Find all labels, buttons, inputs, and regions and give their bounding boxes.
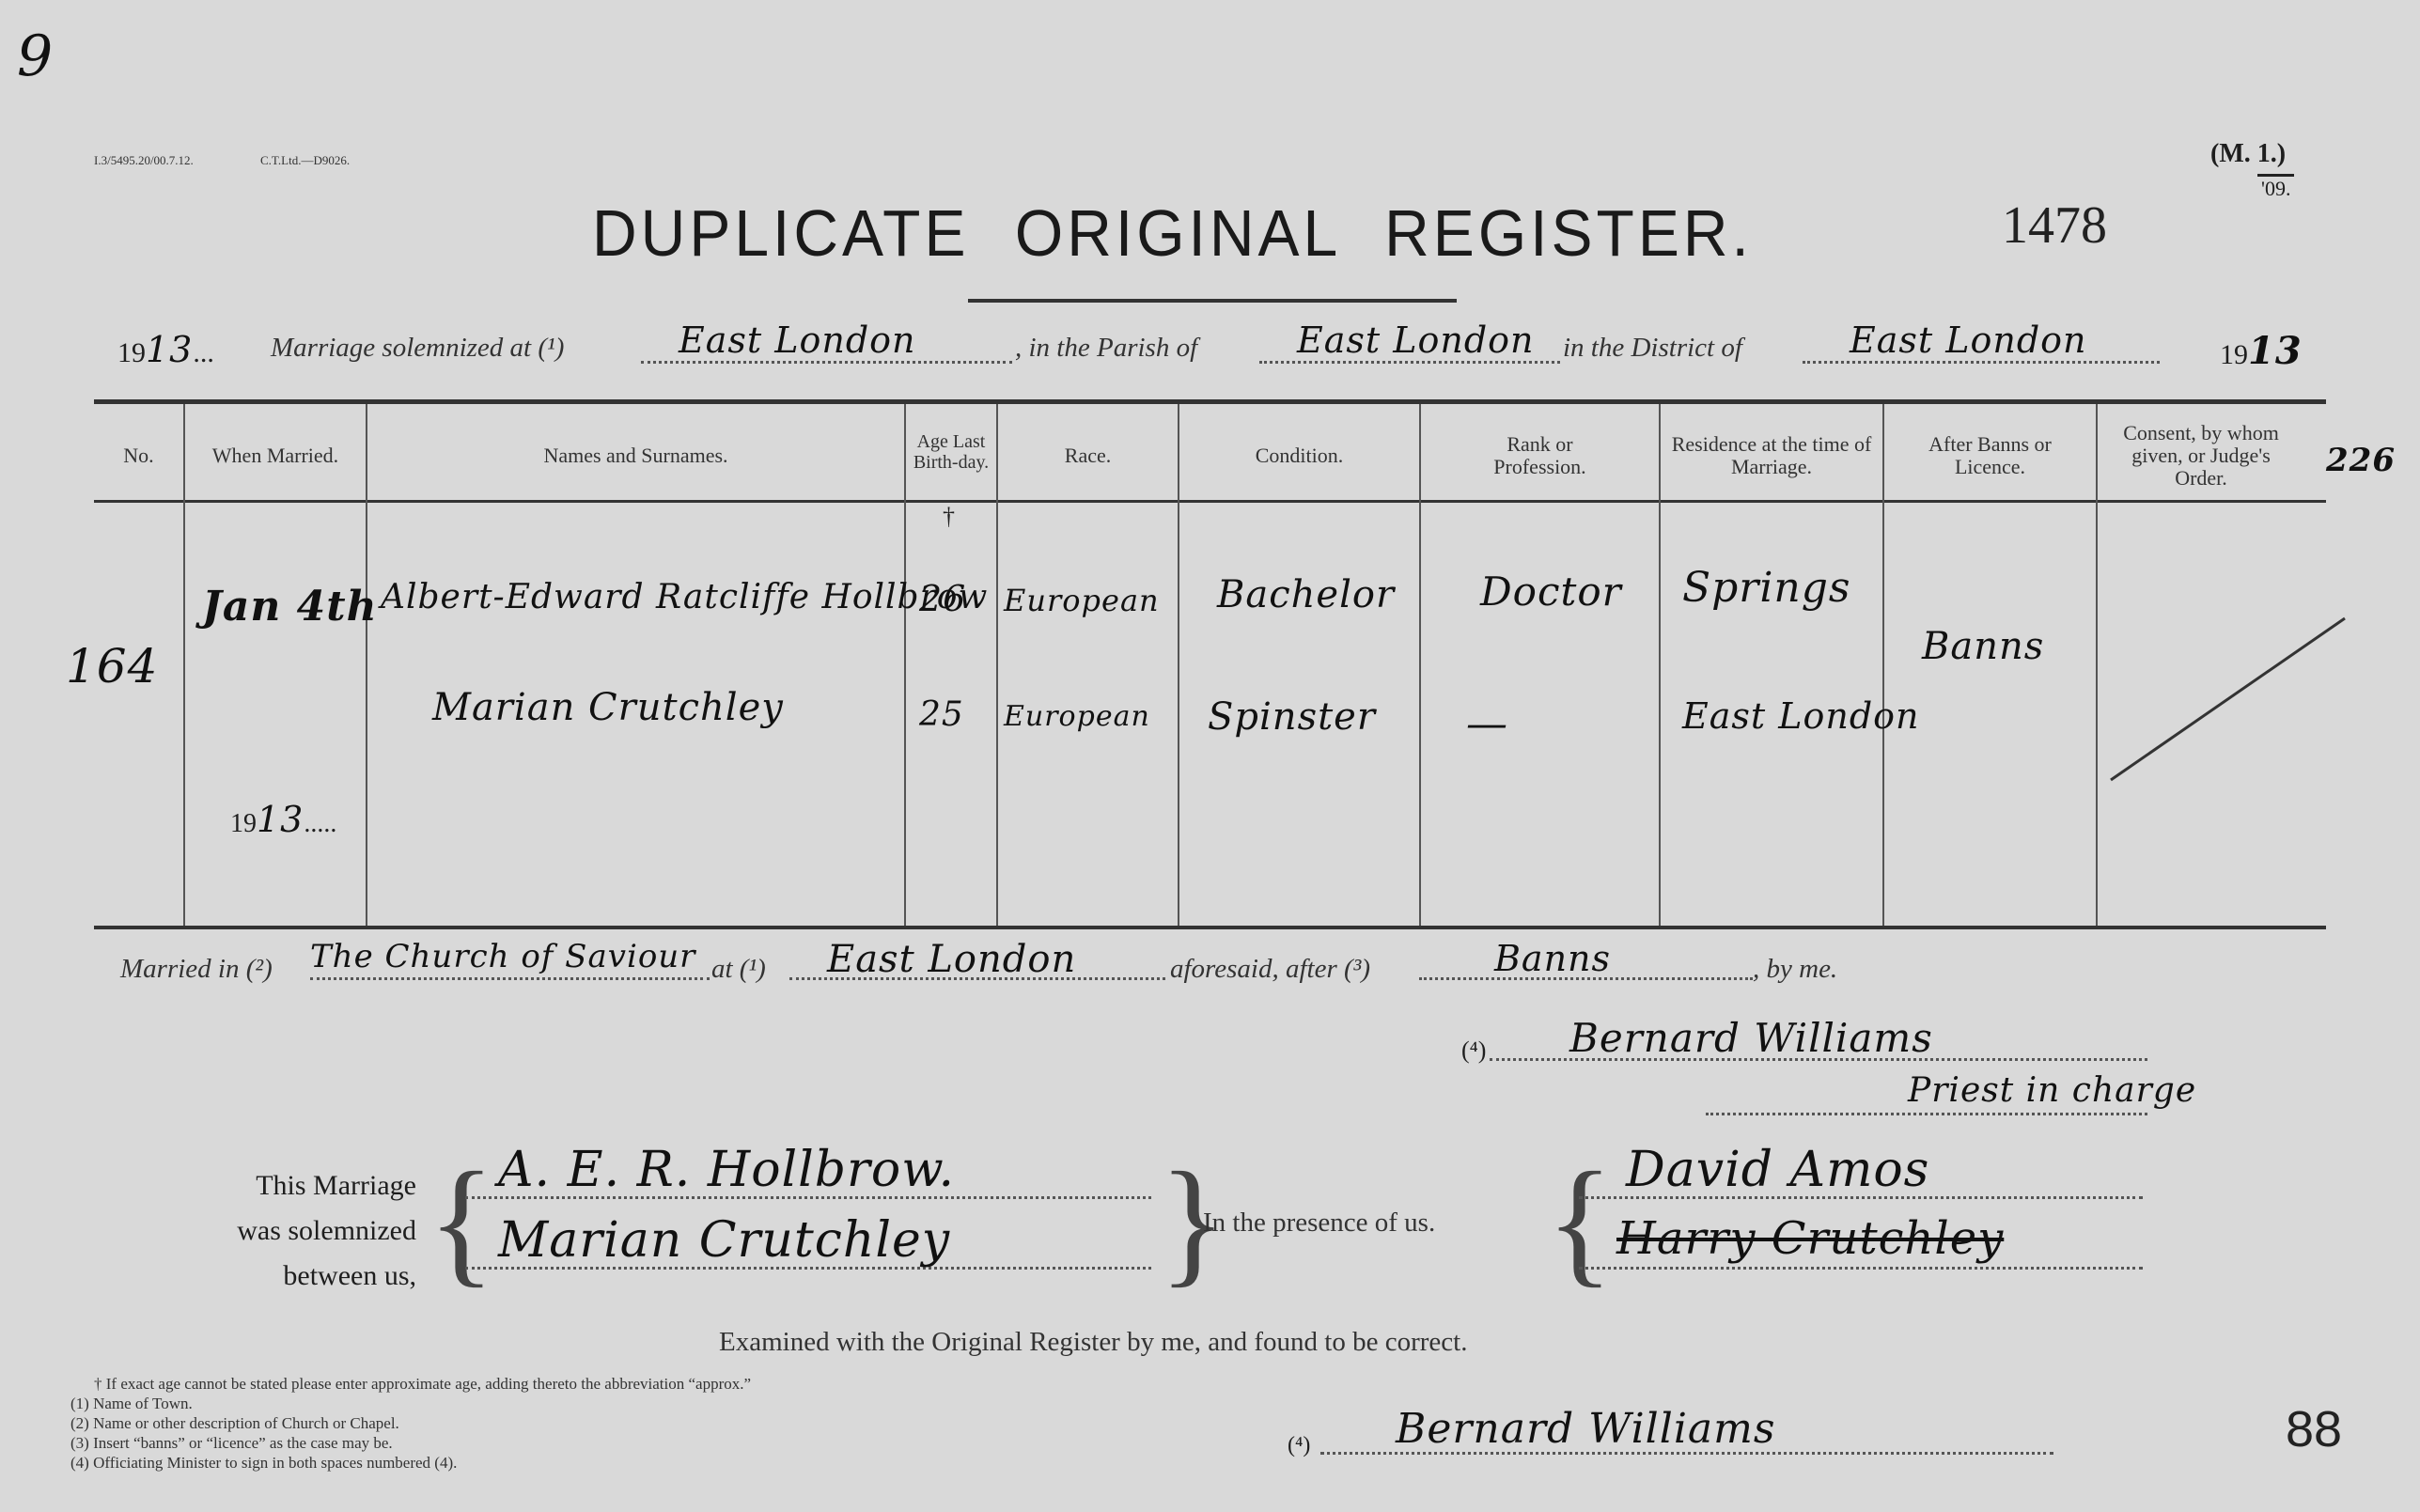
header-year-right: 1913 [2220, 329, 2303, 373]
column-header-when-married: When Married. [185, 413, 366, 498]
table-header-rule [94, 500, 2326, 503]
district-field: East London [1803, 320, 2160, 364]
examiner-marker: (⁴) [1288, 1433, 1310, 1458]
presence-label: In the presence of us. [1203, 1208, 1435, 1239]
footnote-dagger: † If exact age cannot be stated please e… [70, 1374, 751, 1394]
after-field: Banns [1419, 938, 1753, 980]
printer-code: C.T.Ltd.—D9026. [260, 153, 350, 168]
groom-signature: A. E. R. Hollbrow. [498, 1142, 955, 1198]
year-right-hand: 13 [2248, 329, 2303, 373]
bride-signature-field: Marian Crutchley [465, 1212, 1151, 1270]
footnote-1: (1) Name of Town. [70, 1394, 751, 1413]
bride-residence: East London [1682, 695, 1920, 737]
parish-value: East London [1297, 320, 1535, 361]
footnote-3: (3) Insert “banns” or “licence” as the c… [70, 1433, 751, 1453]
column-header-consent: Consent, by whom given, or Judge's Order… [2098, 413, 2304, 498]
minister-title-field: Priest in charge [1706, 1071, 2147, 1115]
column-header-names: Names and Surnames. [367, 413, 904, 498]
solemnized-label: This Marriage was solemnized between us, [179, 1163, 416, 1299]
bride-age: 25 [919, 695, 964, 734]
banns-or-licence: Banns [1922, 625, 2044, 668]
header-line: 1913... [117, 329, 214, 370]
witness-1-field: David Amos [1579, 1142, 2143, 1199]
entry-number: 164 [66, 639, 158, 694]
page-title: DUPLICATE ORIGINAL REGISTER. [592, 195, 1753, 271]
consent-annotation: 226 [2326, 442, 2396, 479]
examiner-signature: Bernard Williams [1396, 1405, 1775, 1453]
column-header-age: Age Last Birth-day. [906, 404, 996, 500]
column-header-condition: Condition. [1179, 413, 1419, 498]
bride-signature: Marian Crutchley [498, 1212, 950, 1269]
examined-text: Examined with the Original Register by m… [719, 1327, 1467, 1358]
column-header-race: Race. [998, 413, 1178, 498]
minister-marker: (⁴) [1461, 1037, 1486, 1065]
year-right-prefix: 19 [2220, 339, 2248, 370]
groom-profession: Doctor [1480, 569, 1622, 615]
solemnized-label-line: was solemnized [179, 1208, 416, 1254]
groom-race: European [1004, 583, 1160, 618]
married-at-field: East London [789, 938, 1165, 980]
when-year-hand: 13 [257, 799, 304, 840]
title-underline [968, 299, 1457, 303]
groom-signature-field: A. E. R. Hollbrow. [465, 1142, 1151, 1199]
examiner-signature-field: Bernard Williams [1320, 1405, 2053, 1455]
printer-reference: I.3/5495.20/00.7.12. [94, 153, 194, 168]
parish-label: , in the Parish of [1015, 333, 1197, 364]
footnote-4: (4) Officiating Minister to sign in both… [70, 1453, 751, 1473]
when-year-prefix: 19 [230, 809, 257, 838]
marriage-solemnized-label: Marriage solemnized at (¹) [271, 333, 564, 364]
after-label: aforesaid, after (³) [1170, 954, 1370, 985]
column-header-rank: Rank or Profession. [1421, 413, 1659, 498]
parish-field: East London [1259, 320, 1560, 364]
column-header-residence: Residence at the time of Marriage. [1661, 413, 1882, 498]
form-year: '09. [2257, 174, 2294, 201]
column-header-no: No. [94, 413, 183, 498]
married-in-church: The Church of Saviour [310, 938, 695, 975]
corner-mark: 9 [17, 23, 54, 89]
when-married: Jan 4th [202, 583, 378, 631]
page-number: 88 [2286, 1400, 2342, 1458]
groom-condition: Bachelor [1217, 573, 1395, 616]
solemnized-label-line: between us, [179, 1254, 416, 1299]
minister-signature: Bernard Williams [1569, 1015, 1933, 1061]
district-label: in the District of [1563, 333, 1742, 364]
groom-residence: Springs [1682, 564, 1851, 612]
column-header-banns: After Banns or Licence. [1884, 413, 2096, 498]
witness-2-signature: Harry Crutchley [1616, 1212, 2004, 1265]
when-married-year: 1913..... [230, 799, 336, 840]
consent-slash [2105, 611, 2368, 789]
minister-signature-field: Bernard Williams [1490, 1015, 2147, 1061]
minister-title: Priest in charge [1908, 1071, 2196, 1110]
witness-1-signature: David Amos [1626, 1142, 1929, 1198]
bride-race: European [1004, 700, 1150, 733]
footnotes: † If exact age cannot be stated please e… [70, 1374, 751, 1473]
bride-profession: — [1466, 700, 1508, 748]
register-number: 1478 [2002, 195, 2107, 256]
table-bottom-rule [94, 926, 2326, 929]
after-value: Banns [1494, 938, 1611, 979]
by-me-label: , by me. [1753, 954, 1837, 985]
groom-name: Albert-Edward Ratcliffe Hollbrow [381, 578, 988, 616]
married-at-value: East London [827, 938, 1076, 981]
year-hand: 13 [146, 329, 193, 370]
married-in-church-field: The Church of Saviour [310, 938, 710, 980]
solemnized-label-line: This Marriage [179, 1163, 416, 1208]
witness-2-field: Harry Crutchley [1579, 1212, 2143, 1270]
district-value: East London [1850, 320, 2087, 361]
form-code: (M. 1.) [2210, 139, 2286, 169]
bride-condition: Spinster [1208, 695, 1376, 739]
year-prefix: 19 [117, 337, 146, 368]
marriage-solemnized-value: East London [679, 320, 916, 361]
married-at-label: at (¹) [711, 954, 766, 985]
married-in-label: Married in (²) [120, 954, 273, 985]
age-dagger: † [943, 503, 955, 531]
footnote-2: (2) Name or other description of Church … [70, 1413, 751, 1433]
bride-name: Marian Crutchley [432, 686, 784, 729]
table-top-rule [94, 399, 2326, 404]
marriage-solemnized-field: East London [641, 320, 1012, 364]
groom-age: 26 [919, 578, 966, 619]
